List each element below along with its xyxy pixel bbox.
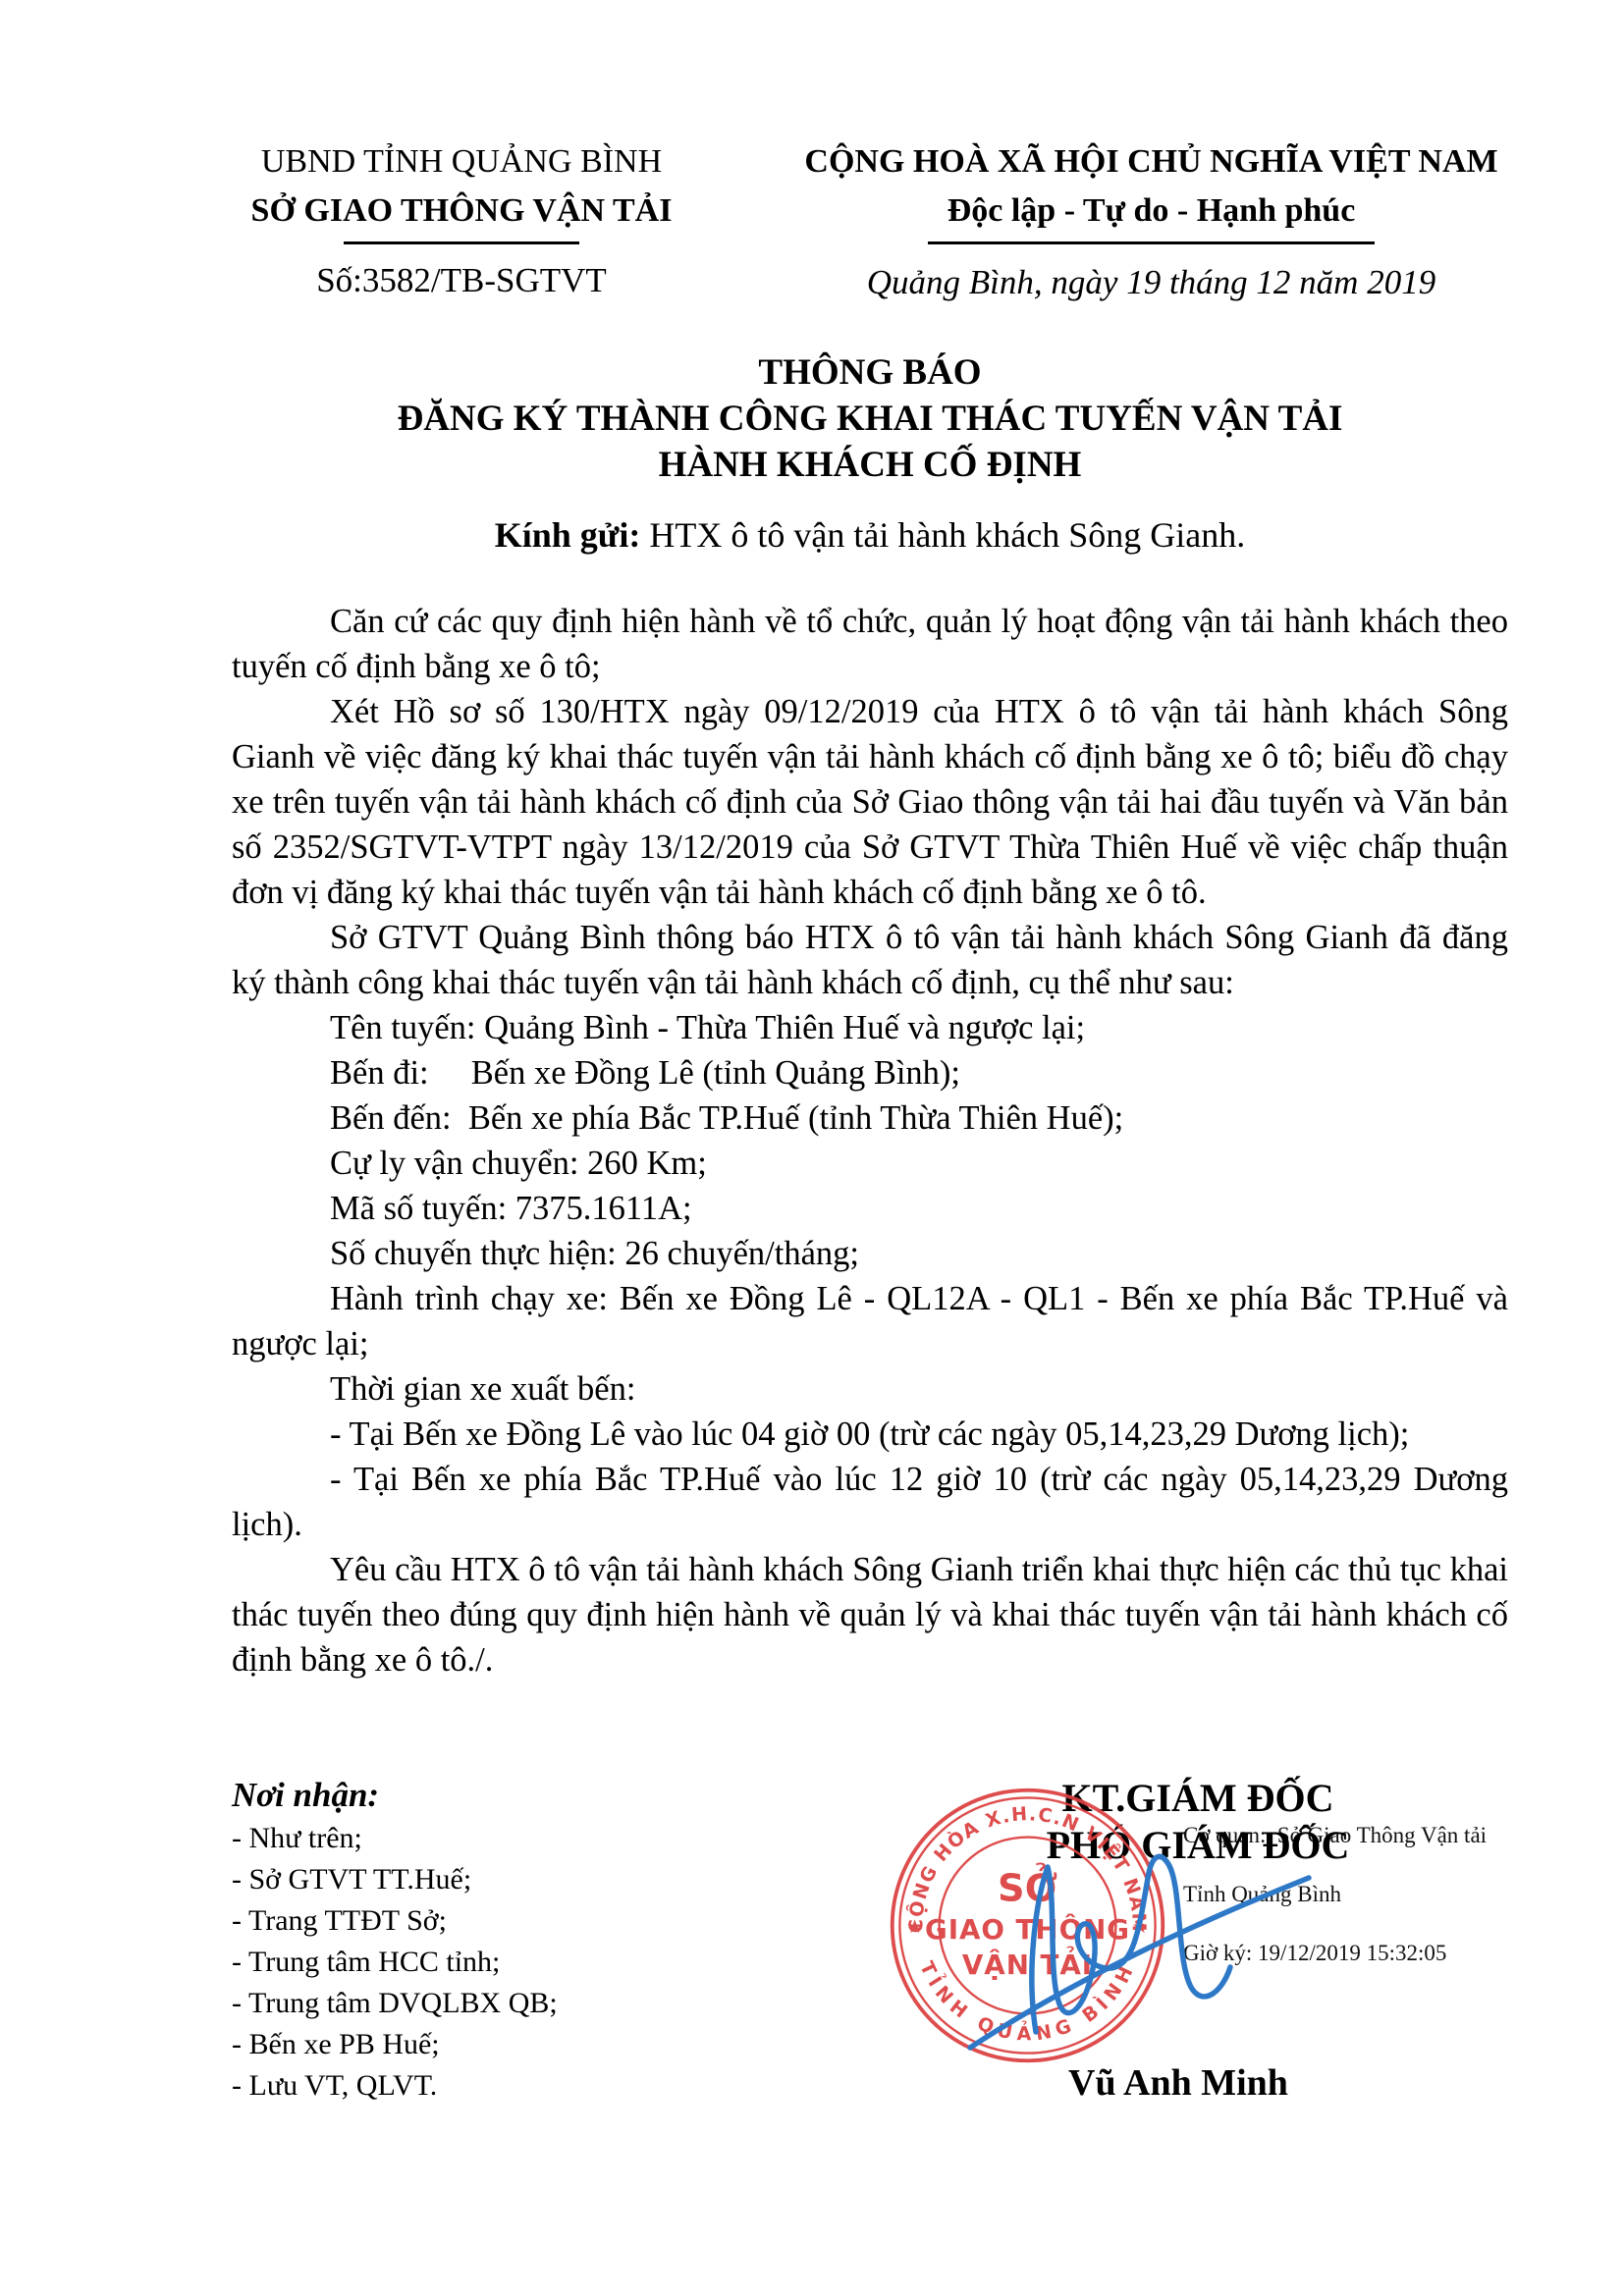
detail-departure-times-label: Thời gian xe xuất bến: [232,1366,1508,1412]
recipient-item: - Trung tâm HCC tỉnh; [232,1942,782,1983]
title-line-1: THÔNG BÁO [232,349,1508,396]
salutation-recipient: HTX ô tô vận tải hành khách Sông Gianh. [640,515,1245,555]
signer-name: Vũ Anh Minh [982,2061,1375,2105]
detail-departure-time-1: - Tại Bến xe Đồng Lê vào lúc 04 giờ 00 (… [232,1412,1508,1457]
document-number: Số:3582/TB-SGTVT [245,256,677,305]
paragraph-dossier: Xét Hồ sơ số 130/HTX ngày 09/12/2019 của… [232,689,1508,915]
recipient-item: - Trang TTĐT Sở; [232,1900,782,1942]
place-dateline: Quảng Bình, ngày 19 tháng 12 năm 2019 [781,258,1522,307]
detail-itinerary: Hành trình chạy xe: Bến xe Đồng Lê - QL1… [232,1276,1508,1366]
document-page: UBND TỈNH QUẢNG BÌNH SỞ GIAO THÔNG VẬN T… [0,0,1624,2296]
signature-flourish-stroke [970,1878,1309,2048]
document-title: THÔNG BÁO ĐĂNG KÝ THÀNH CÔNG KHAI THÁC T… [232,349,1508,488]
salutation-label: Kính gửi: [495,515,641,555]
detail-arrival-station: Bến đến: Bến xe phía Bắc TP.Huế (tỉnh Th… [232,1095,1508,1141]
paragraph-closing: Yêu cầu HTX ô tô vận tải hành khách Sông… [232,1547,1508,1682]
recipient-item: - Bến xe PB Huế; [232,2024,782,2065]
recipient-item: - Như trên; [232,1818,782,1859]
national-header-block: CỘNG HOÀ XÃ HỘI CHỦ NGHĨA VIỆT NAM Độc l… [781,137,1522,307]
title-line-2: ĐĂNG KÝ THÀNH CÔNG KHAI THÁC TUYẾN VẬN T… [232,396,1508,442]
issuer-block: UBND TỈNH QUẢNG BÌNH SỞ GIAO THÔNG VẬN T… [245,137,677,305]
detail-trips-per-month: Số chuyến thực hiện: 26 chuyến/tháng; [232,1231,1508,1276]
recipient-item: - Trung tâm DVQLBX QB; [232,1983,782,2024]
issuer-underline [344,241,579,244]
detail-route-code: Mã số tuyến: 7375.1611A; [232,1186,1508,1231]
recipients-label: Nơi nhận: [232,1773,782,1818]
title-line-3: HÀNH KHÁCH CỐ ĐỊNH [232,442,1508,488]
detail-departure-time-2: - Tại Bến xe phía Bắc TP.Huế vào lúc 12 … [232,1457,1508,1547]
seal-star-left-icon: ★ [906,1917,923,1938]
issuer-department: SỞ GIAO THÔNG VẬN TẢI [245,187,677,236]
paragraph-announcement: Sở GTVT Quảng Bình thông báo HTX ô tô vậ… [232,915,1508,1005]
detail-route-name: Tên tuyến: Quảng Bình - Thừa Thiên Huế v… [232,1005,1508,1050]
issuer-parent: UBND TỈNH QUẢNG BÌNH [245,137,677,187]
detail-distance: Cự ly vận chuyển: 260 Km; [232,1141,1508,1186]
national-motto: Độc lập - Tự do - Hạnh phúc [781,187,1522,236]
national-title: CỘNG HOÀ XÃ HỘI CHỦ NGHĨA VIỆT NAM [781,137,1522,187]
recipient-item: - Sở GTVT TT.Huế; [232,1859,782,1900]
motto-underline [928,241,1375,244]
detail-departure-station: Bến đi: Bến xe Đồng Lê (tỉnh Quảng Bình)… [232,1050,1508,1095]
recipient-item: - Lưu VT, QLVT. [232,2065,782,2107]
paragraph-legal-basis: Căn cứ các quy định hiện hành về tổ chức… [232,599,1508,689]
salutation-line: Kính gửi: HTX ô tô vận tải hành khách Sô… [232,514,1508,556]
signature-scribble-stroke [1032,1856,1230,2032]
document-body: Căn cứ các quy định hiện hành về tổ chức… [232,599,1508,1682]
handwritten-signature [938,1824,1330,2064]
recipients-block: Nơi nhận: - Như trên; - Sở GTVT TT.Huế; … [232,1773,782,2107]
